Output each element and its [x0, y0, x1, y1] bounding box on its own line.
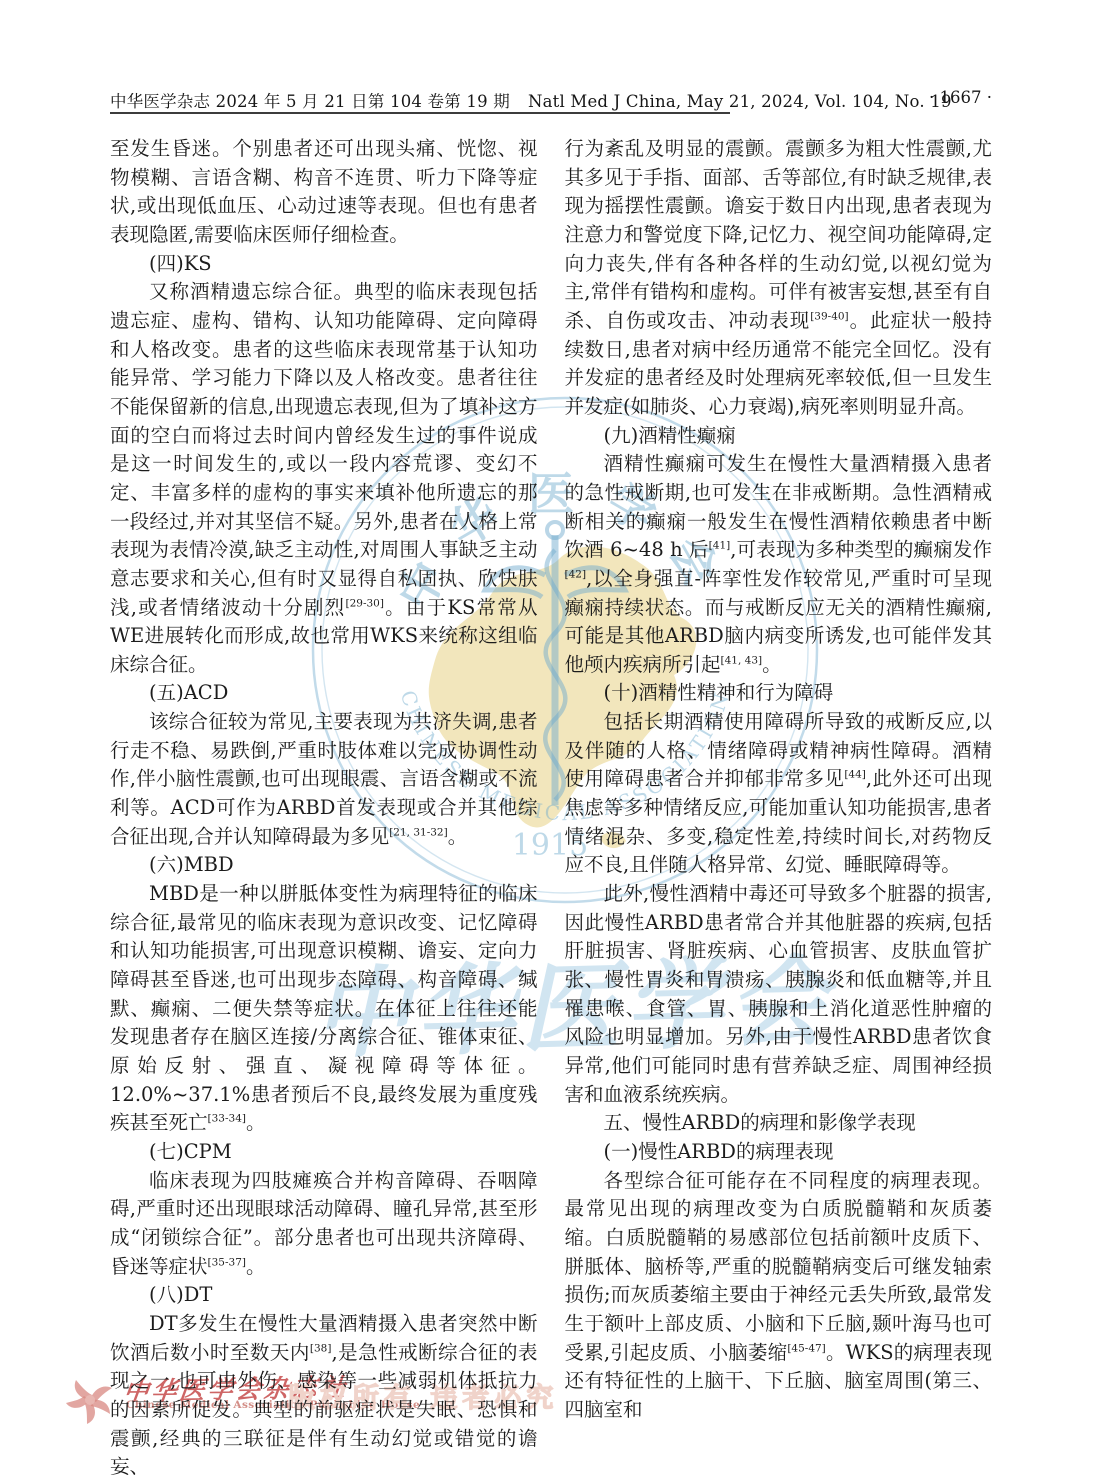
reference-superscript: [21, 31-32] [389, 826, 448, 838]
paragraph: 行为紊乱及明显的震颤。震颤多为粗大性震颤,尤其多见于手指、面部、舌等部位,有时缺… [565, 135, 993, 422]
reference-superscript: [29-30] [345, 597, 383, 609]
article-body: 至发生昏迷。个别患者还可出现头痛、恍惚、视物模糊、言语含糊、构音不连贯、听力下降… [110, 135, 992, 1482]
section-heading: (十)酒精性精神和行为障碍 [565, 679, 993, 708]
section-heading: (九)酒精性癫痫 [565, 422, 993, 451]
page-number: · 1667 · [920, 88, 992, 107]
header-divider [110, 112, 730, 114]
reference-superscript: [42] [565, 568, 587, 580]
journal-header: 中华医学杂志 2024 年 5 月 21 日第 104 卷第 19 期Natl … [110, 88, 952, 112]
journal-page: 中华医学会 1915 CHINESE MEDICAL ASSOCIATION 中… [0, 0, 1100, 1482]
reference-superscript: [41, 43] [721, 654, 763, 666]
section-heading: (五)ACD [110, 679, 538, 708]
paragraph: 此外,慢性酒精中毒还可导致多个脏器的损害,因此慢性ARBD患者常合并其他脏器的疾… [565, 880, 993, 1109]
section-heading: (六)MBD [110, 851, 538, 880]
paragraph: 酒精性癫痫可发生在慢性大量酒精摄入患者的急性戒断期,也可发生在非戒断期。急性酒精… [565, 450, 993, 679]
left-column: 至发生昏迷。个别患者还可出现头痛、恍惚、视物模糊、言语含糊、构音不连贯、听力下降… [110, 135, 538, 1482]
reference-superscript: [38] [310, 1342, 332, 1354]
section-heading: (八)DT [110, 1281, 538, 1310]
paragraph: 包括长期酒精使用障碍所导致的戒断反应,以及伴随的人格、情绪障碍或精神病性障碍。酒… [565, 708, 993, 880]
section-heading: (一)慢性ARBD的病理表现 [565, 1138, 993, 1167]
paragraph: 又称酒精遗忘综合征。典型的临床表现包括遗忘症、虚构、错构、认知功能障碍、定向障碍… [110, 278, 538, 679]
publisher-flower-icon [64, 1374, 116, 1426]
section-heading: 五、慢性ARBD的病理和影像学表现 [565, 1109, 993, 1138]
reference-superscript: [33-34] [208, 1113, 246, 1125]
section-heading: (七)CPM [110, 1138, 538, 1167]
reference-superscript: [39-40] [810, 310, 848, 322]
paragraph: 至发生昏迷。个别患者还可出现头痛、恍惚、视物模糊、言语含糊、构音不连贯、听力下降… [110, 135, 538, 250]
paragraph: DT多发生在慢性大量酒精摄入患者突然中断饮酒后数小时至数天内[38],是急性戒断… [110, 1310, 538, 1482]
reference-superscript: [45-47] [787, 1342, 825, 1354]
paragraph: 临床表现为四肢瘫痪合并构音障碍、吞咽障碍,严重时还出现眼球活动障碍、瞳孔异常,甚… [110, 1167, 538, 1282]
journal-title-cn: 中华医学杂志 2024 年 5 月 21 日第 104 卷第 19 期 [110, 92, 510, 111]
section-heading: (四)KS [110, 250, 538, 279]
paragraph: 该综合征较为常见,主要表现为共济失调,患者行走不稳、易跌倒,严重时肢体难以完成协… [110, 708, 538, 851]
right-column: 行为紊乱及明显的震颤。震颤多为粗大性震颤,尤其多见于手指、面部、舌等部位,有时缺… [565, 135, 993, 1482]
reference-superscript: [35-37] [208, 1256, 246, 1268]
journal-title-en: Natl Med J China, May 21, 2024, Vol. 104… [528, 92, 952, 111]
reference-superscript: [44] [844, 769, 866, 781]
paragraph: 各型综合征可能存在不同程度的病理表现。最常见出现的病理改变为白质脱髓鞘和灰质萎缩… [565, 1167, 993, 1425]
paragraph: MBD是一种以胼胝体变性为病理特征的临床综合征,最常见的临床表现为意识改变、记忆… [110, 880, 538, 1138]
reference-superscript: [41] [709, 540, 731, 552]
